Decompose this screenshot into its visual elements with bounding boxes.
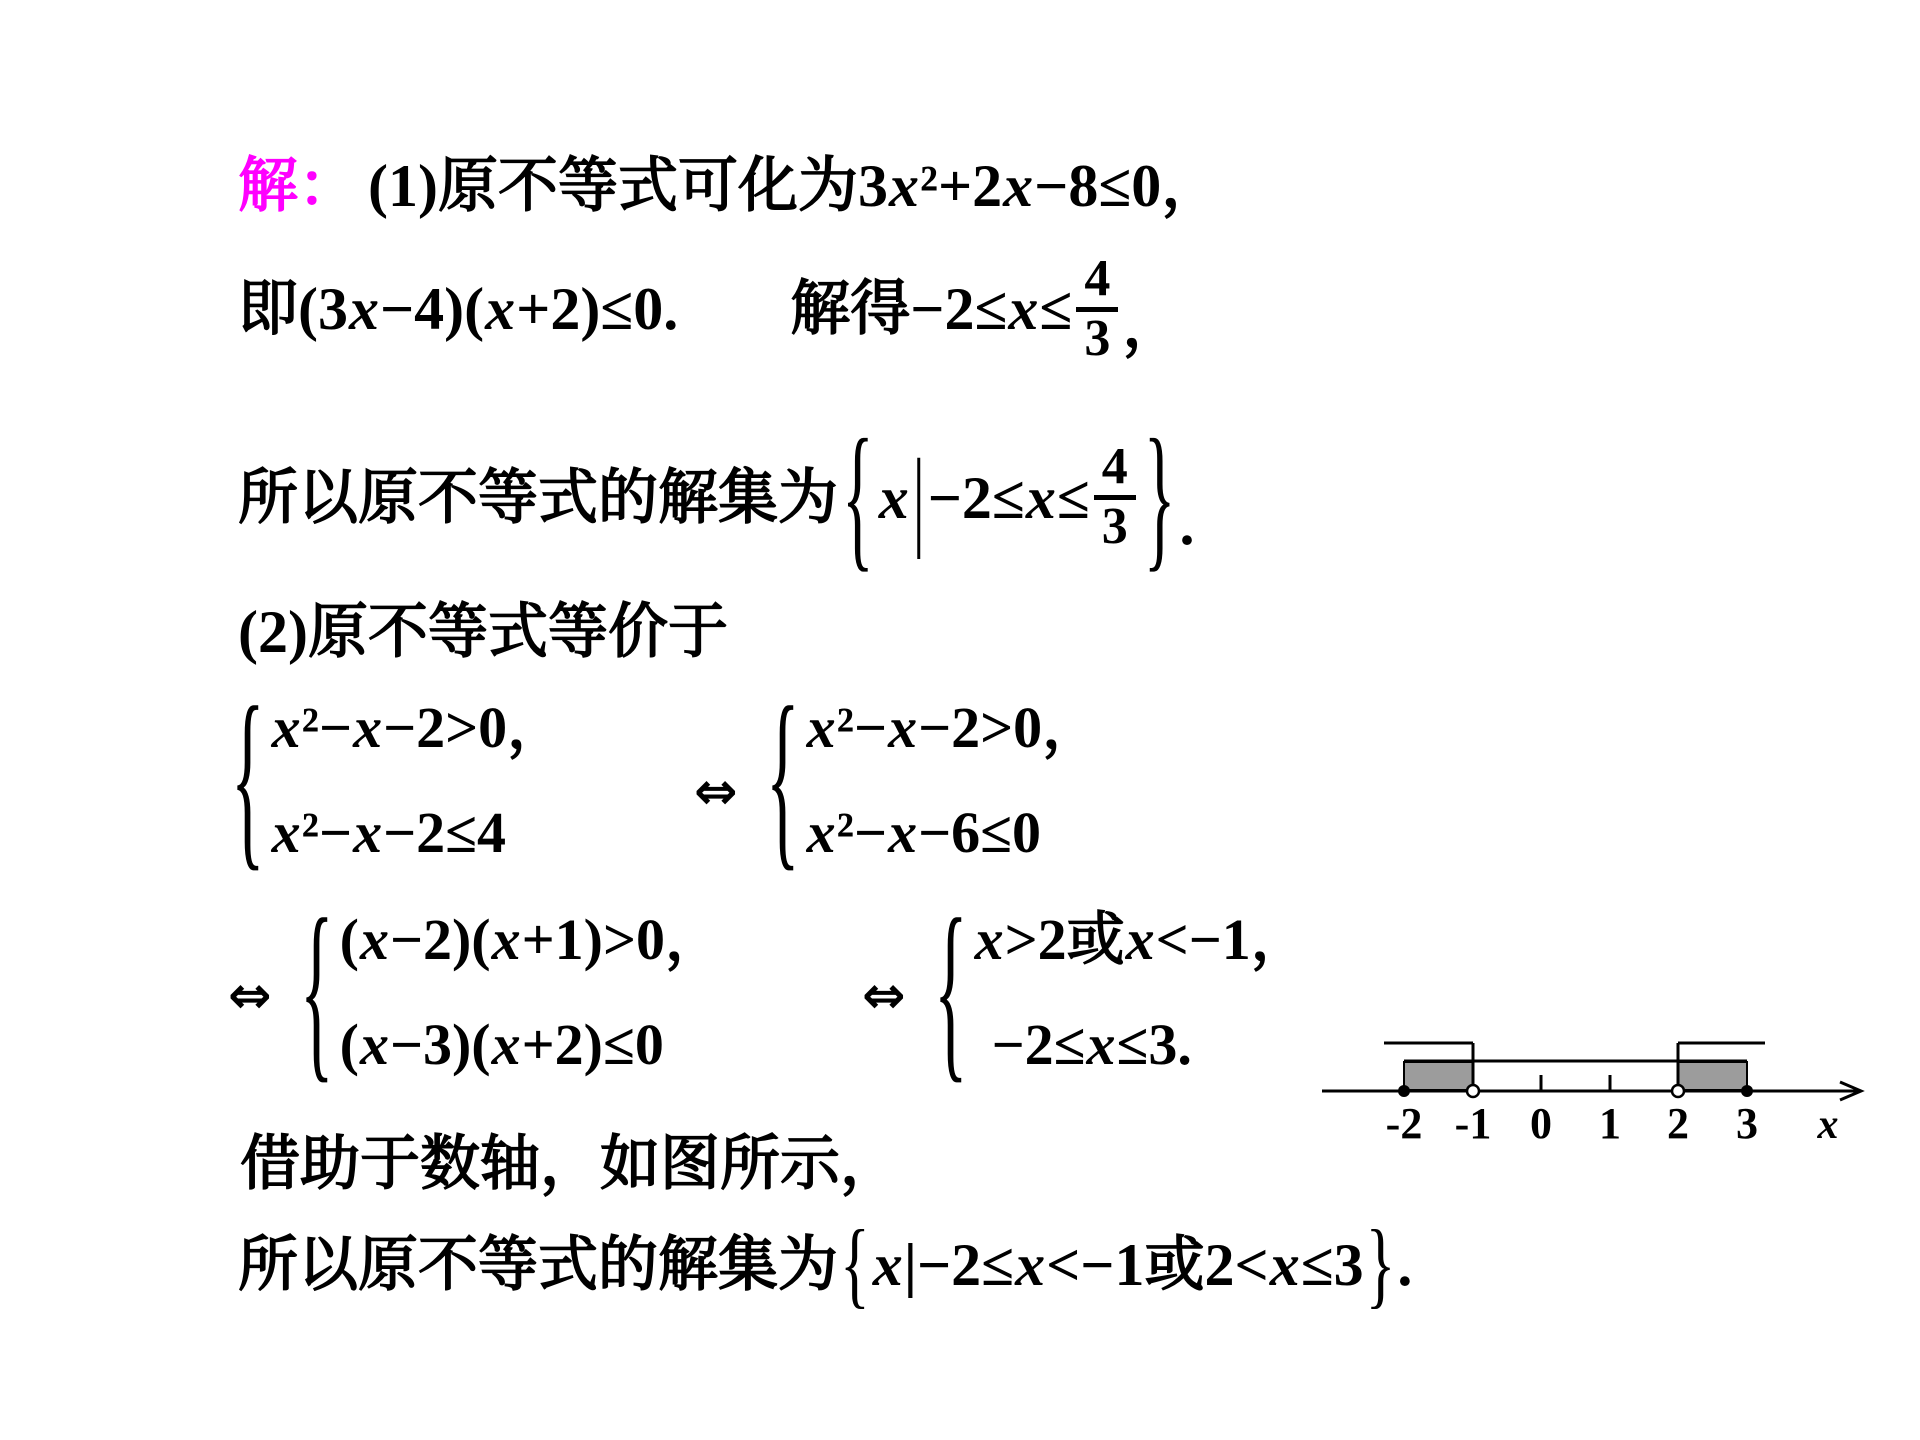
open-brace: { xyxy=(840,1207,870,1322)
solution-label: 解： xyxy=(238,153,358,219)
open-point xyxy=(1672,1085,1684,1097)
step1-line1: 解：(1)原不等式可化为3x²+2x−8≤0， xyxy=(238,150,1221,222)
step2-conclusion-prefix: 所以原不等式的解集为 xyxy=(238,1229,838,1301)
shaded-interval-right xyxy=(1678,1062,1747,1090)
system-3: { (x−2)(x+1)>0， (x−3)(x+2)≤0 xyxy=(300,900,723,1086)
system4-row2: −2≤x≤3. xyxy=(992,1012,1309,1079)
system-open-brace: { xyxy=(231,667,265,895)
system-2: { x²−x−2>0， x²−x−6≤0 xyxy=(766,688,1100,874)
fraction-denominator: 3 xyxy=(1094,495,1136,555)
step1-conclusion-prefix: 所以原不等式的解集为 xyxy=(238,462,838,534)
step2-conclusion-content: x|−2≤x<−1或2<x≤3 xyxy=(872,1229,1364,1301)
period: . xyxy=(1179,488,1194,560)
iff-symbol: ⇔ xyxy=(228,966,272,1026)
fraction-4-3: 4 3 xyxy=(1076,252,1118,366)
period: . xyxy=(1397,1229,1412,1301)
step1-conclusion: 所以原不等式的解集为 { x | −2≤x≤ 4 3 } . xyxy=(238,415,1194,580)
tick-label: -2 xyxy=(1386,1099,1423,1148)
fraction-denominator: 3 xyxy=(1076,307,1118,367)
open-brace: { xyxy=(842,400,874,594)
step1-line1-text: (1)原不等式可化为3x²+2x−8≤0， xyxy=(368,153,1221,219)
open-point xyxy=(1467,1085,1479,1097)
tick-label: 1 xyxy=(1599,1099,1621,1148)
step1-line2-right: 解得−2≤x≤ xyxy=(790,273,1072,345)
system3-row1: (x−2)(x+1)>0， xyxy=(340,907,723,974)
fraction-numerator: 4 xyxy=(1076,252,1118,307)
system1-row1: x²−x−2>0， xyxy=(271,695,566,762)
step1-line2: 即(3x−4)(x+2)≤0. 解得−2≤x≤ 4 3 ， xyxy=(238,248,1182,370)
page: { "accent_color": "#FF00FF", "solution":… xyxy=(0,0,1920,1440)
step1-line2-left: 即(3x−4)(x+2)≤0. xyxy=(238,273,678,345)
system2-row1: x²−x−2>0， xyxy=(806,695,1101,762)
tick-label: 2 xyxy=(1667,1099,1689,1148)
iff-symbol: ⇔ xyxy=(862,966,906,1026)
set-condition: −2≤x≤ xyxy=(928,462,1090,534)
iff-symbol: ⇔ xyxy=(694,762,738,822)
system-4: { x>2或x<−1， −2≤x≤3. xyxy=(934,900,1309,1086)
close-brace: } xyxy=(1144,400,1176,594)
fraction-4-3: 4 3 xyxy=(1094,440,1136,554)
fraction-numerator: 4 xyxy=(1094,440,1136,495)
number-line-figure: -2 -1 0 1 2 3 x xyxy=(1320,1012,1880,1152)
step2-note: 借助于数轴，如图所示， xyxy=(240,1128,900,1200)
tick-label: 0 xyxy=(1530,1099,1552,1148)
system-open-brace: { xyxy=(766,667,800,895)
system3-row2: (x−3)(x+2)≤0 xyxy=(340,1012,723,1079)
step2-heading: (2)原不等式等价于 xyxy=(238,596,728,668)
close-brace: } xyxy=(1366,1207,1396,1322)
step1-line2-comma: ， xyxy=(1122,290,1182,362)
set-divider-bar: | xyxy=(913,431,925,564)
shaded-interval-left xyxy=(1404,1062,1473,1090)
axis-label: x xyxy=(1817,1102,1839,1148)
step2-conclusion: 所以原不等式的解集为 { x|−2≤x<−1或2<x≤3 } . xyxy=(238,1215,1412,1315)
closed-point xyxy=(1398,1085,1410,1097)
system4-row1: x>2或x<−1， xyxy=(974,907,1309,974)
set-variable: x xyxy=(878,462,910,534)
tick-label: -1 xyxy=(1455,1099,1492,1148)
system-open-brace: { xyxy=(300,879,334,1107)
system-1: { x²−x−2>0， x²−x−2≤4 xyxy=(231,688,565,874)
closed-point xyxy=(1741,1085,1753,1097)
system2-row2: x²−x−6≤0 xyxy=(806,800,1101,867)
tick-label: 3 xyxy=(1736,1099,1758,1148)
system1-row2: x²−x−2≤4 xyxy=(271,800,566,867)
system-open-brace: { xyxy=(934,879,968,1107)
